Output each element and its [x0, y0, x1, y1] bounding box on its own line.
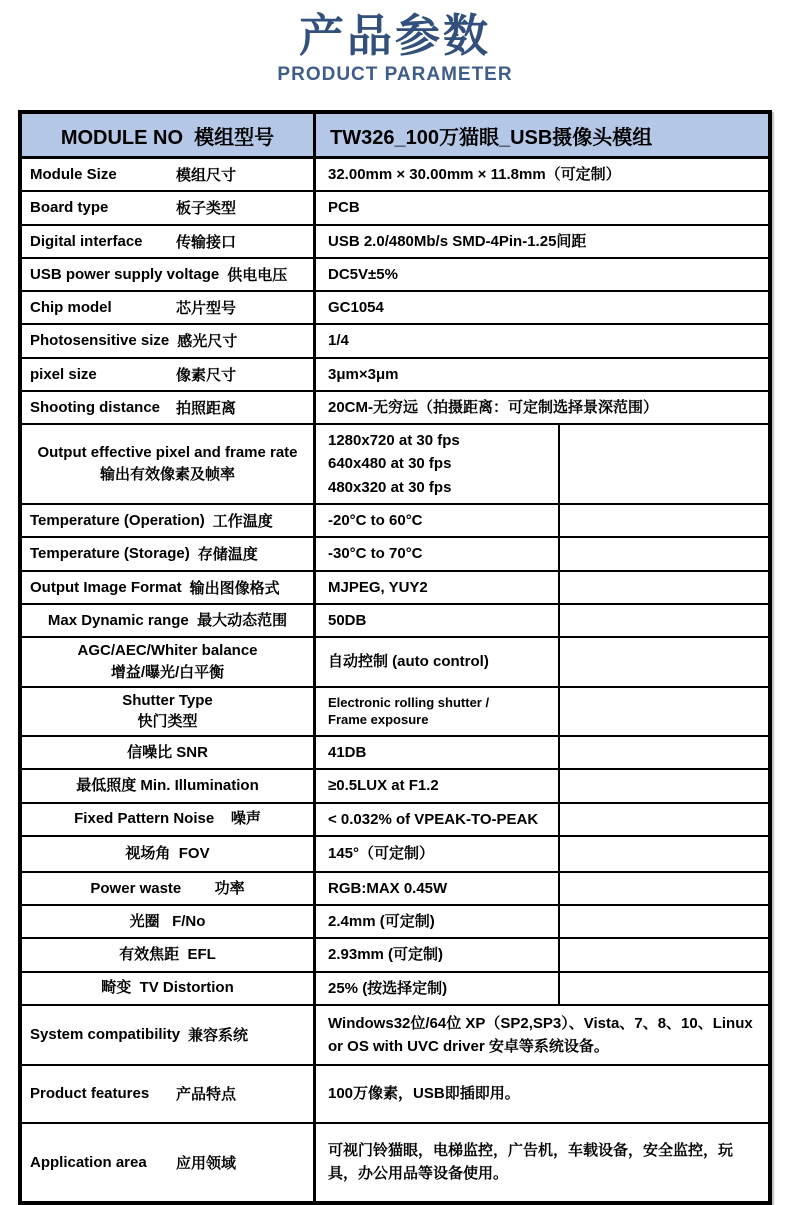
table-row: USB power supply voltage供电电压DC5V±5% — [22, 259, 768, 292]
row-label-cell: 有效焦距 EFL — [22, 939, 316, 970]
row-label-cell: Temperature (Storage)存储温度 — [22, 538, 316, 569]
row-empty-cell — [560, 638, 768, 686]
label-line: 最低照度 Min. Illumination — [30, 775, 305, 797]
label-line: 增益/曝光/白平衡 — [30, 662, 305, 684]
label-zh: 产品特点 — [176, 1083, 305, 1104]
table-row: Power waste 功率RGB:MAX 0.45W — [22, 873, 768, 906]
label-line: 信噪比 SNR — [30, 742, 305, 764]
row-value-cell: MJPEG, YUY2 — [316, 572, 560, 603]
row-label-cell: USB power supply voltage供电电压 — [22, 259, 316, 290]
label-line: 畸变 TV Distortion — [30, 977, 305, 999]
table-row: Application area应用领域可视门铃猫眼，电梯监控，广告机，车载设备… — [22, 1124, 768, 1201]
page: 产品参数 PRODUCT PARAMETER MODULE NO 模组型号 TW… — [0, 0, 790, 86]
row-empty-cell — [560, 804, 768, 835]
row-empty-cell — [560, 737, 768, 768]
row-value-cell: 20CM-无穷远（拍摄距离：可定制选择景深范围） — [316, 392, 768, 423]
row-empty-cell — [560, 906, 768, 937]
label-en: Output Image Format — [30, 579, 182, 596]
row-label-cell: Output effective pixel and frame rate输出有… — [22, 425, 316, 503]
label-zh: 兼容系统 — [188, 1024, 305, 1045]
label-line: 快门类型 — [30, 711, 305, 733]
label-line: Power waste 功率 — [30, 878, 305, 900]
row-label-cell: System compatibility兼容系统 — [22, 1006, 316, 1064]
label-zh: 应用领域 — [176, 1152, 305, 1173]
product-parameter-table: MODULE NO 模组型号 TW326_100万猫眼_USB摄像头模组 Mod… — [18, 110, 772, 1205]
table-body: Module Size模组尺寸32.00mm × 30.00mm × 11.8m… — [22, 159, 768, 1201]
row-value-cell: 100万像素，USB即插即用。 — [316, 1066, 768, 1122]
row-value-cell: DC5V±5% — [316, 259, 768, 290]
row-empty-cell — [560, 873, 768, 904]
row-value-cell: 1/4 — [316, 325, 768, 356]
row-empty-cell — [560, 770, 768, 801]
label-zh: 板子类型 — [176, 197, 305, 218]
table-row: 光圈 F/No2.4mm (可定制) — [22, 906, 768, 939]
table-row: Temperature (Operation)工作温度-20°C to 60°C — [22, 505, 768, 538]
label-en: Board type — [30, 199, 168, 216]
label-line: Shutter Type — [30, 690, 305, 712]
row-empty-cell — [560, 837, 768, 871]
label-zh: 供电电压 — [227, 264, 305, 285]
row-label-cell: Output Image Format输出图像格式 — [22, 572, 316, 603]
label-en: Chip model — [30, 299, 168, 316]
row-value-cell: Electronic rolling shutter / Frame expos… — [316, 688, 560, 736]
row-value-cell: Windows32位/64位 XP（SP2,SP3）、Vista、7、8、10、… — [316, 1006, 768, 1064]
row-label-cell: 最低照度 Min. Illumination — [22, 770, 316, 801]
label-line: 输出有效像素及帧率 — [30, 464, 305, 486]
label-en: Photosensitive size — [30, 332, 169, 349]
row-value-cell: 自动控制 (auto control) — [316, 638, 560, 686]
row-label-cell: 光圈 F/No — [22, 906, 316, 937]
row-label-cell: Chip model芯片型号 — [22, 292, 316, 323]
row-value-cell: 32.00mm × 30.00mm × 11.8mm（可定制） — [316, 159, 768, 190]
row-value-cell: 可视门铃猫眼，电梯监控，广告机，车载设备，安全监控，玩具，办公用品等设备使用。 — [316, 1124, 768, 1201]
label-en: System compatibility — [30, 1026, 180, 1043]
label-en: Product features — [30, 1085, 168, 1102]
table-header-row: MODULE NO 模组型号 TW326_100万猫眼_USB摄像头模组 — [22, 114, 768, 159]
row-label-cell: Product features产品特点 — [22, 1066, 316, 1122]
label-zh: 感光尺寸 — [177, 330, 305, 351]
row-value-cell: PCB — [316, 192, 768, 223]
row-label-cell: Application area应用领域 — [22, 1124, 316, 1201]
row-value-cell: 1280x720 at 30 fps 640x480 at 30 fps 480… — [316, 425, 560, 503]
row-empty-cell — [560, 425, 768, 503]
row-empty-cell — [560, 939, 768, 970]
label-en: Digital interface — [30, 233, 168, 250]
row-label-cell: pixel size像素尺寸 — [22, 359, 316, 390]
row-empty-cell — [560, 605, 768, 636]
row-label-cell: 视场角 FOV — [22, 837, 316, 871]
table-row: Product features产品特点100万像素，USB即插即用。 — [22, 1066, 768, 1124]
table-row: Fixed Pattern Noise 噪声< 0.032% of VPEAK-… — [22, 804, 768, 837]
label-zh: 存储温度 — [198, 543, 305, 564]
table-row: 视场角 FOV145°（可定制） — [22, 837, 768, 873]
table-row: 信噪比 SNR41DB — [22, 737, 768, 770]
row-empty-cell — [560, 572, 768, 603]
label-zh: 模组尺寸 — [176, 164, 305, 185]
label-en: Shooting distance — [30, 399, 168, 416]
label-line: 视场角 FOV — [30, 843, 305, 865]
label-zh: 输出图像格式 — [190, 577, 305, 598]
table-row: Photosensitive size感光尺寸1/4 — [22, 325, 768, 358]
page-title: 产品参数 — [0, 10, 790, 62]
row-value-cell: 145°（可定制） — [316, 837, 560, 871]
table-row: Temperature (Storage)存储温度-30°C to 70°C — [22, 538, 768, 571]
page-subtitle: PRODUCT PARAMETER — [0, 64, 790, 86]
row-value-cell: 2.93mm (可定制) — [316, 939, 560, 970]
row-label-cell: AGC/AEC/Whiter balance增益/曝光/白平衡 — [22, 638, 316, 686]
table-row: Digital interface传输接口USB 2.0/480Mb/s SMD… — [22, 226, 768, 259]
label-zh: 拍照距离 — [176, 397, 305, 418]
row-value-cell: ≥0.5LUX at F1.2 — [316, 770, 560, 801]
row-value-cell: -20°C to 60°C — [316, 505, 560, 536]
label-en: Temperature (Storage) — [30, 545, 190, 562]
row-label-cell: Power waste 功率 — [22, 873, 316, 904]
label-line: 光圈 F/No — [30, 911, 305, 933]
row-label-cell: Shutter Type快门类型 — [22, 688, 316, 736]
row-label-cell: 信噪比 SNR — [22, 737, 316, 768]
row-value-cell: -30°C to 70°C — [316, 538, 560, 569]
label-en: Temperature (Operation) — [30, 512, 205, 529]
row-value-cell: USB 2.0/480Mb/s SMD-4Pin-1.25间距 — [316, 226, 768, 257]
label-en: pixel size — [30, 366, 168, 383]
table-row: Output effective pixel and frame rate输出有… — [22, 425, 768, 505]
table-row: AGC/AEC/Whiter balance增益/曝光/白平衡自动控制 (aut… — [22, 638, 768, 688]
table-row: Shutter Type快门类型Electronic rolling shutt… — [22, 688, 768, 738]
row-label-cell: Photosensitive size感光尺寸 — [22, 325, 316, 356]
table-row: Board type板子类型PCB — [22, 192, 768, 225]
label-zh: 像素尺寸 — [176, 364, 305, 385]
row-label-cell: Module Size模组尺寸 — [22, 159, 316, 190]
row-value-cell: 25% (按选择定制) — [316, 973, 560, 1004]
row-value-cell: GC1054 — [316, 292, 768, 323]
row-label-cell: Shooting distance拍照距离 — [22, 392, 316, 423]
row-value-cell: 2.4mm (可定制) — [316, 906, 560, 937]
table-row: System compatibility兼容系统Windows32位/64位 X… — [22, 1006, 768, 1066]
table-row: Shooting distance拍照距离20CM-无穷远（拍摄距离：可定制选择… — [22, 392, 768, 425]
row-value-cell: 3μm×3μm — [316, 359, 768, 390]
table-row: Module Size模组尺寸32.00mm × 30.00mm × 11.8m… — [22, 159, 768, 192]
table-header-module-no: MODULE NO 模组型号 — [22, 114, 316, 156]
row-empty-cell — [560, 973, 768, 1004]
label-line: Fixed Pattern Noise 噪声 — [30, 808, 305, 830]
row-empty-cell — [560, 538, 768, 569]
table-row: pixel size像素尺寸3μm×3μm — [22, 359, 768, 392]
row-empty-cell — [560, 688, 768, 736]
label-zh: 芯片型号 — [176, 297, 305, 318]
label-zh: 传输接口 — [176, 231, 305, 252]
row-label-cell: Max Dynamic range 最大动态范围 — [22, 605, 316, 636]
label-en: Module Size — [30, 166, 168, 183]
table-header-model: TW326_100万猫眼_USB摄像头模组 — [316, 114, 768, 156]
title-block: 产品参数 PRODUCT PARAMETER — [0, 0, 790, 86]
table-row: Chip model芯片型号GC1054 — [22, 292, 768, 325]
row-value-cell: < 0.032% of VPEAK-TO-PEAK — [316, 804, 560, 835]
table-row: 畸变 TV Distortion25% (按选择定制) — [22, 973, 768, 1006]
row-label-cell: Board type板子类型 — [22, 192, 316, 223]
table-row: Output Image Format输出图像格式MJPEG, YUY2 — [22, 572, 768, 605]
table-row: Max Dynamic range 最大动态范围50DB — [22, 605, 768, 638]
row-label-cell: Temperature (Operation)工作温度 — [22, 505, 316, 536]
label-line: AGC/AEC/Whiter balance — [30, 640, 305, 662]
label-line: Output effective pixel and frame rate — [30, 442, 305, 464]
row-empty-cell — [560, 505, 768, 536]
row-label-cell: 畸变 TV Distortion — [22, 973, 316, 1004]
row-value-cell: RGB:MAX 0.45W — [316, 873, 560, 904]
row-label-cell: Digital interface传输接口 — [22, 226, 316, 257]
table-row: 有效焦距 EFL2.93mm (可定制) — [22, 939, 768, 972]
row-value-cell: 41DB — [316, 737, 560, 768]
label-line: 有效焦距 EFL — [30, 944, 305, 966]
label-line: Max Dynamic range 最大动态范围 — [30, 610, 305, 632]
table-row: 最低照度 Min. Illumination≥0.5LUX at F1.2 — [22, 770, 768, 803]
label-zh: 工作温度 — [213, 510, 305, 531]
row-value-cell: 50DB — [316, 605, 560, 636]
row-label-cell: Fixed Pattern Noise 噪声 — [22, 804, 316, 835]
label-en: USB power supply voltage — [30, 266, 219, 283]
label-en: Application area — [30, 1154, 168, 1171]
